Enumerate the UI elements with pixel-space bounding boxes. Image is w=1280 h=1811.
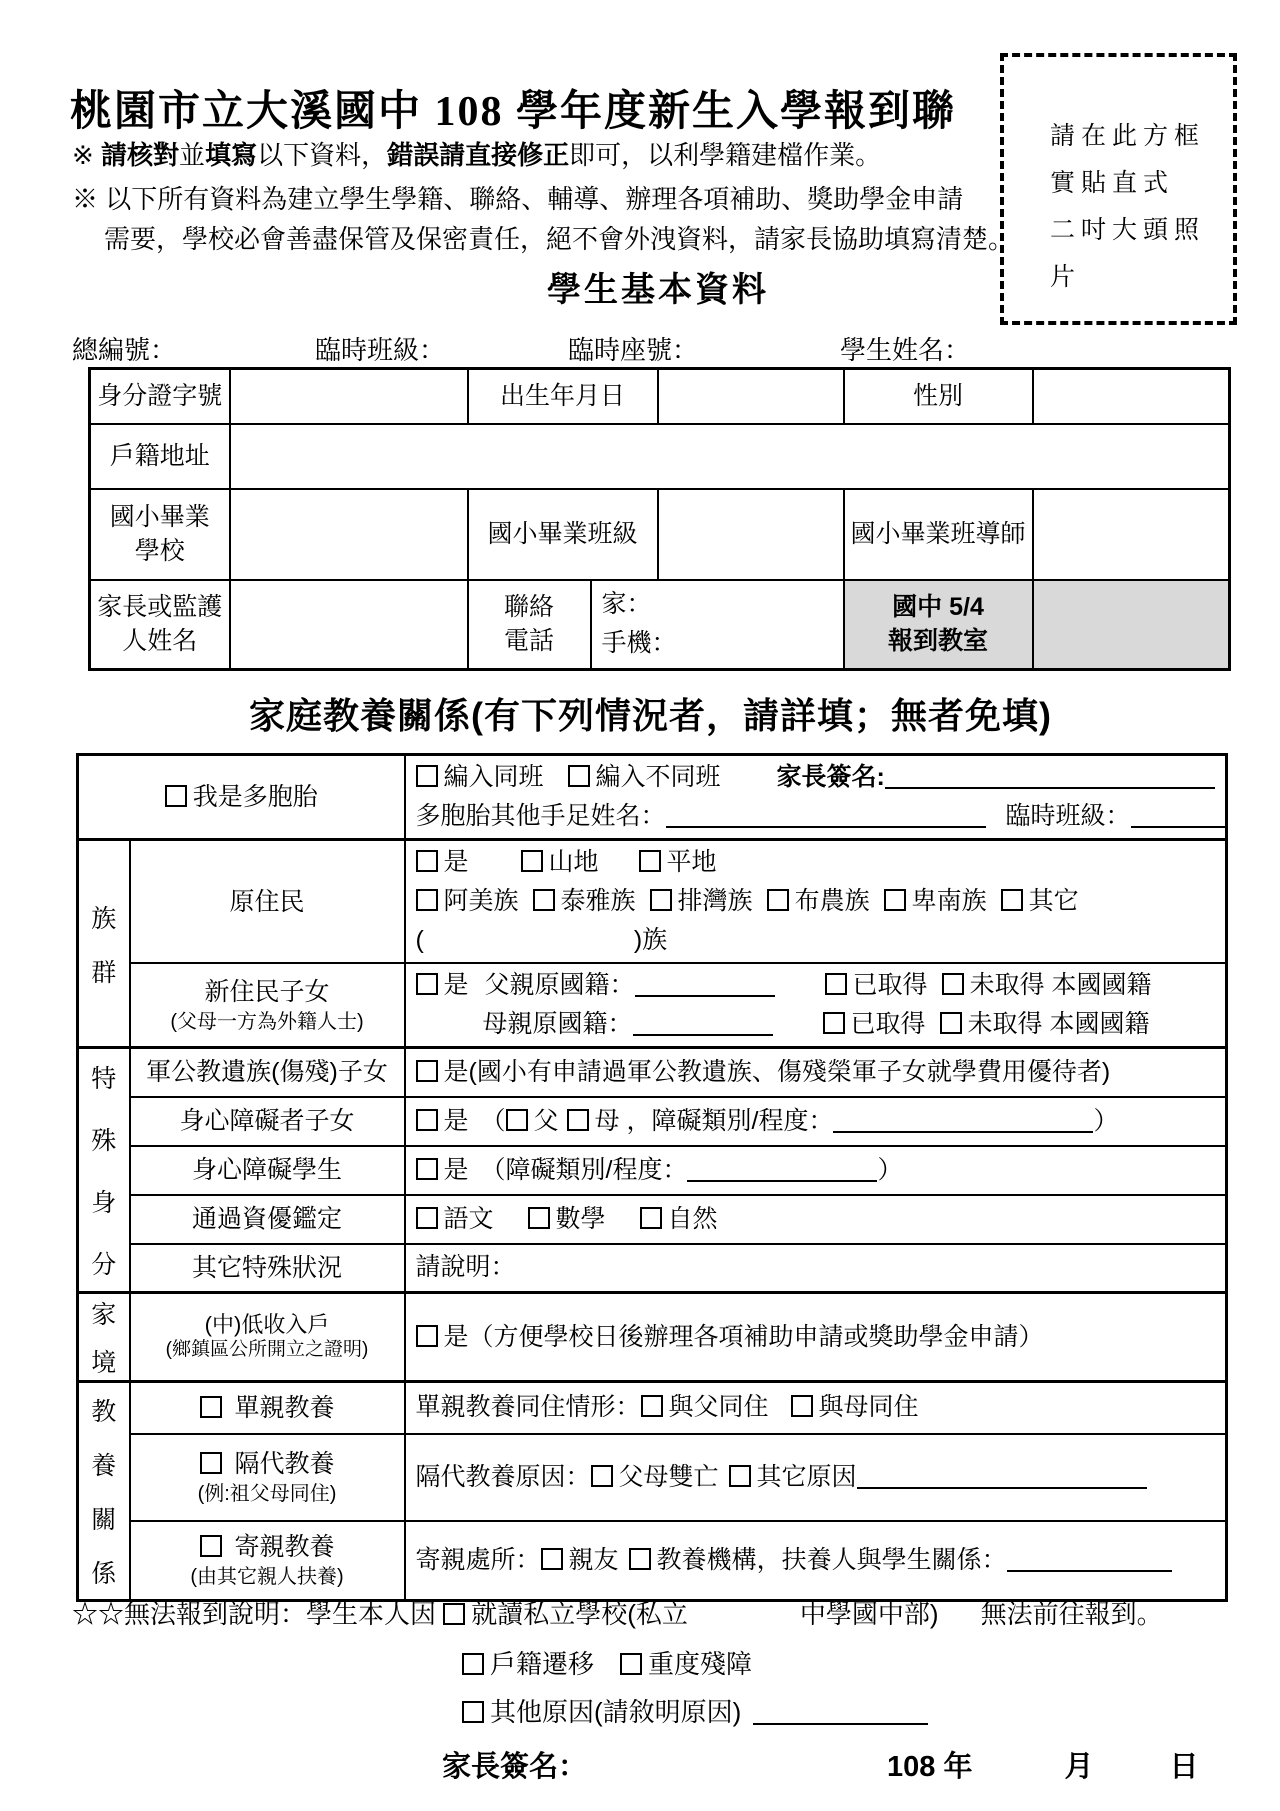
checkbox-icon[interactable] <box>462 1701 484 1723</box>
multiple-birth-checkbox-line: 我是多胞胎 <box>80 780 403 814</box>
checkbox-option[interactable]: 寄親教養 <box>200 1533 335 1561</box>
fill-in-blank[interactable] <box>666 800 986 828</box>
foster-care-content-cell: 寄親處所：親友教養機構，扶養人與學生關係： <box>405 1521 1227 1601</box>
checkbox-option[interactable]: 母 <box>567 1107 620 1135</box>
low-income-label-line2: (鄉鎮區公所開立之證明) <box>132 1338 403 1362</box>
single-parent-label-cell: 單親教養 <box>130 1382 405 1434</box>
form-title: 桃園市立大溪國中 108 學年度新生入學報到聯 <box>70 78 956 138</box>
new-resident-label: 新住民子女 (父母一方為外籍人士) <box>130 963 405 1048</box>
group-label-household: 家境 <box>78 1293 130 1382</box>
spacer <box>587 1775 887 1776</box>
low-income-label-line1: (中)低收入戶 <box>132 1312 403 1338</box>
spacer <box>688 1622 800 1623</box>
text-segment: ，扶養人與學生關係： <box>757 1546 1007 1574</box>
phone-home-label[interactable]: 家： <box>602 585 839 624</box>
foster-care-line: 寄親處所：親友教養機構，扶養人與學生關係： <box>416 1541 1222 1580</box>
checkbox-option[interactable]: 親友 <box>541 1546 619 1574</box>
aboriginal-tribes-line: 阿美族泰雅族排灣族布農族卑南族其它 <box>416 882 1222 921</box>
id-number-input-cell[interactable] <box>230 369 468 424</box>
checkbox-option[interactable]: 平地 <box>639 848 717 876</box>
checkbox-icon[interactable] <box>416 1158 438 1180</box>
elementary-class-input-cell[interactable] <box>658 489 844 580</box>
checkbox-icon[interactable] <box>568 765 590 787</box>
text-segment: 並 <box>179 140 205 170</box>
text-segment: 請 <box>101 140 127 170</box>
text-segment: 填寫 <box>205 140 257 170</box>
text-segment: 無法前往報到。 <box>981 1599 1163 1629</box>
gifted-label: 通過資優鑑定 <box>130 1195 405 1244</box>
military-descendant-label: 軍公教遺族(傷殘)子女 <box>130 1048 405 1097</box>
text-segment: （ <box>481 1107 506 1135</box>
text-segment: 核對 <box>127 140 179 170</box>
gender-input-cell[interactable] <box>1033 369 1230 424</box>
checkbox-icon[interactable] <box>640 1207 662 1229</box>
id-number-label: 身分證字號 <box>90 369 230 424</box>
vertical-char: 特 <box>91 1059 116 1095</box>
checkbox-icon[interactable] <box>942 973 964 995</box>
checkbox-option[interactable]: 阿美族 <box>416 887 519 915</box>
checkbox-icon[interactable] <box>416 1060 438 1082</box>
aboriginal-tribe-fill-line: ()族 <box>416 921 1222 960</box>
checkbox-icon[interactable] <box>884 889 906 911</box>
text-segment: ，障礙類別/程度： <box>620 1107 834 1135</box>
text-segment: ☆☆無法報到說明：學生本人因 <box>72 1599 443 1629</box>
family-table: 我是多胞胎 編入同班編入不同班家長簽名: 多胞胎其他手足姓名：臨時班級： 族群 … <box>76 753 1228 1602</box>
low-income-line: 是（方便學校日後辦理各項補助申請或獎助學金申請） <box>416 1318 1222 1357</box>
aboriginal-yes-line: 是山地平地 <box>416 843 1222 882</box>
elementary-teacher-input-cell[interactable] <box>1033 489 1230 580</box>
phone-mobile-label[interactable]: 手機： <box>602 624 839 663</box>
checkbox-option[interactable]: 編入同班 <box>416 763 544 791</box>
photo-box-line-1: 請在此方框 <box>1050 113 1233 160</box>
checkbox-icon[interactable] <box>416 973 438 995</box>
gifted-content-cell: 語文數學自然 <box>405 1195 1227 1244</box>
checkbox-option[interactable]: 就讀私立學校(私立 <box>443 1599 688 1629</box>
student-name-label: 學生姓名： <box>840 330 970 367</box>
text-segment: 中學國中部) <box>800 1599 939 1629</box>
new-resident-content-cell: 是父親原國籍：已取得未取得 本國國籍 母親原國籍：已取得未取得 本國國籍 <box>405 963 1227 1048</box>
single-parent-checkbox-line: 單親教養 <box>132 1391 403 1425</box>
checkbox-icon[interactable] <box>791 1395 813 1417</box>
other-special-content-cell[interactable]: 請說明： <box>405 1244 1227 1293</box>
report-room-line1: 國中 5/4 <box>846 590 1031 624</box>
temp-class-label: 臨時班級： <box>315 330 445 367</box>
vertical-char: 身 <box>91 1183 116 1219</box>
checkbox-icon[interactable] <box>825 973 847 995</box>
fill-in-blank[interactable] <box>1131 800 1227 828</box>
text-segment: 日 <box>1169 1751 1198 1783</box>
text-segment: ） <box>877 1156 902 1184</box>
text-segment: 本國國籍 <box>1045 971 1152 999</box>
checkbox-icon[interactable] <box>639 850 661 872</box>
checkbox-icon[interactable] <box>823 1012 845 1034</box>
checkbox-icon[interactable] <box>200 1535 222 1557</box>
checkbox-icon[interactable] <box>416 889 438 911</box>
spacer <box>775 992 825 993</box>
new-resident-label-line2: (父母一方為外籍人士) <box>132 1009 403 1035</box>
checkbox-option[interactable]: 編入不同班 <box>568 763 721 791</box>
group-label-special-status-text: 特殊身分 <box>80 1059 128 1281</box>
text-segment: 以下資料， <box>257 140 387 170</box>
vertical-char: 群 <box>91 953 116 989</box>
spacer <box>939 1622 981 1623</box>
elementary-school-label-line2: 學校 <box>92 534 228 568</box>
other-special-label: 其它特殊狀況 <box>130 1244 405 1293</box>
guardian-name-label-line1: 家長或監護 <box>92 590 228 624</box>
checkbox-option[interactable]: 卑南族 <box>884 887 987 915</box>
vertical-char: 係 <box>91 1554 116 1590</box>
address-label: 戶籍地址 <box>90 424 230 489</box>
checkbox-icon[interactable] <box>620 1653 642 1675</box>
contact-phone-label-line2: 電話 <box>470 624 589 658</box>
basic-info-table: 身分證字號 出生年月日 性別 戶籍地址 國小畢業 學校 國小畢業班級 國小畢業班… <box>88 367 1231 671</box>
text-segment: 臨時班級： <box>1006 802 1131 830</box>
disabled-parent-label: 身心障礙者子女 <box>130 1097 405 1146</box>
checkbox-option[interactable]: 我是多胞胎 <box>165 783 318 811</box>
vertical-char: 殊 <box>91 1121 116 1157</box>
group-label-ethnicity-text: 族群 <box>80 899 128 989</box>
checkbox-icon[interactable] <box>1001 889 1023 911</box>
text-segment: 家長簽名: <box>777 763 885 791</box>
vertical-char: 教 <box>91 1392 116 1428</box>
mother-nationality-line: 母親原國籍：已取得未取得 本國國籍 <box>416 1005 1222 1044</box>
multiple-birth-options-line: 編入同班編入不同班家長簽名: <box>416 758 1222 797</box>
checkbox-option[interactable]: 語文 <box>416 1205 494 1233</box>
checkbox-icon[interactable] <box>641 1395 663 1417</box>
grandparent-care-label-line2: (例:祖父母同住) <box>132 1481 403 1507</box>
scanned-form-page: 桃園市立大溪國中 108 學年度新生入學報到聯 ※ 請核對並填寫以下資料，錯誤請… <box>0 0 1280 1811</box>
group-label-care-relation: 教養關係 <box>78 1382 130 1601</box>
checkbox-option[interactable]: 排灣族 <box>650 887 753 915</box>
checkbox-icon[interactable] <box>416 765 438 787</box>
father-nationality-line: 是父親原國籍：已取得未取得 本國國籍 <box>416 966 1222 1005</box>
checkbox-icon[interactable] <box>767 889 789 911</box>
contact-phone-label: 聯絡 電話 <box>468 580 591 670</box>
checkbox-icon[interactable] <box>528 1207 550 1229</box>
cannot-report-line: ☆☆無法報到說明：學生本人因 就讀私立學校(私立中學國中部)無法前往報到。 <box>72 1594 1163 1631</box>
report-room-line2: 報到教室 <box>846 624 1031 658</box>
checkbox-option[interactable]: 是（方便學校日後辦理各項補助申請或獎助學金申請） <box>416 1323 1044 1351</box>
text-segment: 多胞胎其他手足姓名： <box>416 802 666 830</box>
checkbox-icon[interactable] <box>506 1109 528 1131</box>
text-segment: 寄親處所： <box>416 1546 541 1574</box>
grandparent-care-line: 隔代教養原因：父母雙亡其它原因 <box>416 1458 1222 1497</box>
fill-in-blank[interactable] <box>857 1461 1147 1489</box>
military-descendant-content-cell: 是(國小有申請過軍公教遺族、傷殘榮軍子女就學費用優待者) <box>405 1048 1227 1097</box>
contact-phone-label-line1: 聯絡 <box>470 590 589 624</box>
report-room-blank-cell <box>1033 580 1230 670</box>
foster-care-label-cell: 寄親教養 (由其它親人扶養) <box>130 1521 405 1601</box>
elementary-school-label-line1: 國小畢業 <box>92 500 228 534</box>
multiple-birth-label-cell: 我是多胞胎 <box>78 755 405 840</box>
checkbox-option[interactable]: 教養機構 <box>629 1546 757 1574</box>
checkbox-option[interactable]: 其它 <box>1001 887 1079 915</box>
note-line-2: ※ 以下所有資料為建立學生學籍、聯絡、輔導、辦理各項補助、獎助學金申請 <box>72 182 963 216</box>
checkbox-icon[interactable] <box>165 785 187 807</box>
text-segment: 錯誤請直接修正 <box>387 140 569 170</box>
checkbox-option[interactable]: 是 <box>416 971 469 999</box>
checkbox-option[interactable]: 已取得 <box>825 971 928 999</box>
spacer <box>741 1720 753 1721</box>
checkbox-option[interactable]: 重度殘障 <box>620 1649 752 1679</box>
grandparent-care-content-cell: 隔代教養原因：父母雙亡其它原因 <box>405 1434 1227 1521</box>
checkbox-option[interactable]: 是 <box>416 848 469 876</box>
birth-date-label: 出生年月日 <box>468 369 658 424</box>
checkbox-option[interactable]: 未取得 <box>940 1010 1043 1038</box>
spacer <box>416 1031 483 1032</box>
note-line-1: ※ 請核對並填寫以下資料，錯誤請直接修正即可，以利學籍建檔作業。 <box>72 138 881 172</box>
vertical-char: 境 <box>91 1343 116 1379</box>
cannot-report-other-line: 其他原因(請敘明原因) <box>462 1692 928 1729</box>
checkbox-icon[interactable] <box>416 1109 438 1131</box>
group-label-household-text: 家境 <box>80 1295 128 1379</box>
vertical-char: 家 <box>91 1295 116 1331</box>
cannot-report-reasons-line: 戶籍遷移重度殘障 <box>462 1644 752 1681</box>
text-segment: ※ <box>72 140 101 170</box>
text-segment: 單親教養同住情形： <box>416 1393 641 1421</box>
text-segment: 月 <box>1064 1751 1093 1783</box>
fill-in-blank[interactable] <box>635 969 775 997</box>
disabled-parent-line: 是（父母 ，障礙類別/程度：） <box>416 1102 1222 1141</box>
elementary-teacher-label: 國小畢業班導師 <box>844 489 1033 580</box>
checkbox-icon[interactable] <box>416 850 438 872</box>
disabled-student-line: 是（障礙類別/程度：） <box>416 1151 1222 1190</box>
foster-care-label-line2: (由其它親人扶養) <box>132 1564 403 1590</box>
elementary-school-input-cell[interactable] <box>230 489 468 580</box>
checkbox-option[interactable]: 與母同住 <box>791 1393 919 1421</box>
fill-in-blank[interactable] <box>833 1105 1093 1133</box>
aboriginal-content-cell: 是山地平地 阿美族泰雅族排灣族布農族卑南族其它 ()族 <box>405 840 1227 964</box>
section-title-family: 家庭教養關係(有下列情況者，請詳填；無者免填) <box>76 688 1225 739</box>
spacer <box>773 1031 823 1032</box>
other-special-line: 請說明： <box>416 1248 1222 1287</box>
text-segment: 即可，以利學籍建檔作業。 <box>569 140 881 170</box>
checkbox-icon[interactable] <box>541 1548 563 1570</box>
checkbox-option[interactable]: 是(國小有申請過軍公教遺族、傷殘榮軍子女就學費用優待者) <box>416 1058 1111 1086</box>
low-income-content-cell: 是（方便學校日後辦理各項補助申請或獎助學金申請） <box>405 1293 1227 1382</box>
checkbox-option[interactable]: 是 <box>416 1107 469 1135</box>
checkbox-icon[interactable] <box>567 1109 589 1131</box>
vertical-char: 分 <box>91 1245 116 1281</box>
checkbox-icon[interactable] <box>521 850 543 872</box>
spacer <box>986 823 1006 824</box>
note-line-3: 需要，學校必會善盡保管及保密責任，絕不會外洩資料，請家長協助填寫清楚。 <box>104 222 1014 256</box>
group-label-special-status: 特殊身分 <box>78 1048 130 1293</box>
checkbox-option[interactable]: 已取得 <box>823 1010 926 1038</box>
text-segment: ） <box>1093 1107 1118 1135</box>
fill-in-blank[interactable] <box>633 1008 773 1036</box>
single-parent-line: 單親教養同住情形：與父同住與母同住 <box>416 1388 1222 1427</box>
checkbox-option[interactable]: 山地 <box>521 848 599 876</box>
text-segment: )族 <box>634 926 667 954</box>
fill-in-blank[interactable] <box>687 1154 877 1182</box>
group-label-ethnicity: 族群 <box>78 840 130 1048</box>
checkbox-icon[interactable] <box>200 1452 222 1474</box>
text-segment: 母親原國籍： <box>483 1010 633 1038</box>
checkbox-option[interactable]: 父 <box>506 1107 559 1135</box>
grandparent-care-label-cell: 隔代教養 (例:祖父母同住) <box>130 1434 405 1521</box>
guardian-name-label-line2: 人姓名 <box>92 624 228 658</box>
grandparent-care-checkbox-line: 隔代教養 <box>132 1447 403 1481</box>
new-resident-label-line1: 新住民子女 <box>132 975 403 1009</box>
low-income-label: (中)低收入戶 (鄉鎮區公所開立之證明) <box>130 1293 405 1382</box>
military-descendant-line: 是(國小有申請過軍公教遺族、傷殘榮軍子女就學費用優待者) <box>416 1053 1222 1092</box>
birth-date-input-cell[interactable] <box>658 369 844 424</box>
group-label-care-relation-text: 教養關係 <box>80 1392 128 1590</box>
guardian-name-label: 家長或監護 人姓名 <box>90 580 230 670</box>
checkbox-option[interactable]: 泰雅族 <box>533 887 636 915</box>
serial-number-label: 總編號： <box>72 330 176 367</box>
spacer <box>1093 1775 1169 1776</box>
spacer <box>972 1775 1064 1776</box>
checkbox-option[interactable]: 隔代教養 <box>200 1450 335 1478</box>
elementary-class-label: 國小畢業班級 <box>468 489 658 580</box>
checkbox-option[interactable]: 父母雙亡 <box>591 1463 719 1491</box>
vertical-char: 關 <box>91 1500 116 1536</box>
address-input-cell[interactable] <box>230 424 1230 489</box>
signature-date-line: 家長簽名：108 年月日 <box>442 1744 1199 1785</box>
text-segment: 父親原國籍： <box>485 971 635 999</box>
checkbox-icon[interactable] <box>629 1548 651 1570</box>
checkbox-option[interactable]: 其他原因(請敘明原因) <box>462 1697 741 1727</box>
checkbox-option[interactable]: 未取得 <box>942 971 1045 999</box>
checkbox-icon[interactable] <box>940 1012 962 1034</box>
fill-in-blank[interactable] <box>1007 1544 1172 1572</box>
vertical-char: 族 <box>91 899 116 935</box>
disabled-student-label: 身心障礙學生 <box>130 1146 405 1195</box>
gifted-options-line: 語文數學自然 <box>416 1200 1222 1239</box>
checkbox-option[interactable]: 戶籍遷移 <box>462 1649 594 1679</box>
text-segment: 請說明： <box>416 1253 516 1281</box>
checkbox-option[interactable]: 布農族 <box>767 887 870 915</box>
checkbox-icon[interactable] <box>591 1465 613 1487</box>
text-segment: 家長簽名： <box>442 1751 587 1783</box>
aboriginal-label: 原住民 <box>130 840 405 964</box>
temp-seat-label: 臨時座號： <box>568 330 698 367</box>
checkbox-option[interactable]: 數學 <box>528 1205 606 1233</box>
checkbox-icon[interactable] <box>462 1653 484 1675</box>
single-parent-content-cell: 單親教養同住情形：與父同住與母同住 <box>405 1382 1227 1434</box>
checkbox-option[interactable]: 其它原因 <box>729 1463 857 1491</box>
spacer <box>424 947 634 948</box>
checkbox-icon[interactable] <box>416 1207 438 1229</box>
fill-in-blank[interactable] <box>753 1697 928 1725</box>
section-title-basic-info: 學生基本資料 <box>88 262 1228 311</box>
gender-label: 性別 <box>844 369 1033 424</box>
text-segment: 隔代教養原因： <box>416 1463 591 1491</box>
checkbox-option[interactable]: 與父同住 <box>641 1393 769 1421</box>
multiple-birth-siblings-line: 多胞胎其他手足姓名：臨時班級： <box>416 797 1222 836</box>
report-room-cell: 國中 5/4 報到教室 <box>844 580 1033 670</box>
checkbox-icon[interactable] <box>533 889 555 911</box>
text-segment: ( <box>416 926 424 954</box>
disabled-parent-content-cell: 是（父母 ，障礙類別/程度：） <box>405 1097 1227 1146</box>
vertical-char: 養 <box>91 1446 116 1482</box>
foster-care-checkbox-line: 寄親教養 <box>132 1530 403 1564</box>
checkbox-option[interactable]: 是 <box>416 1156 469 1184</box>
multiple-birth-content-cell: 編入同班編入不同班家長簽名: 多胞胎其他手足姓名：臨時班級： <box>405 755 1227 840</box>
checkbox-icon[interactable] <box>443 1603 465 1625</box>
text-segment: 本國國籍 <box>1043 1010 1150 1038</box>
checkbox-icon[interactable] <box>200 1396 222 1418</box>
fill-in-blank[interactable] <box>885 761 1215 789</box>
photo-box-line-2: 實貼直式 <box>1050 160 1233 207</box>
checkbox-icon[interactable] <box>416 1325 438 1347</box>
disabled-student-content-cell: 是（障礙類別/程度：） <box>405 1146 1227 1195</box>
checkbox-icon[interactable] <box>650 889 672 911</box>
guardian-name-input-cell[interactable] <box>230 580 468 670</box>
checkbox-option[interactable]: 單親教養 <box>200 1394 335 1422</box>
text-segment: （障礙類別/程度： <box>481 1156 688 1184</box>
text-segment: 108 年 <box>887 1751 972 1783</box>
phone-input-cell[interactable]: 家： 手機： <box>591 580 844 670</box>
checkbox-option[interactable]: 自然 <box>640 1205 718 1233</box>
elementary-school-label: 國小畢業 學校 <box>90 489 230 580</box>
checkbox-icon[interactable] <box>729 1465 751 1487</box>
